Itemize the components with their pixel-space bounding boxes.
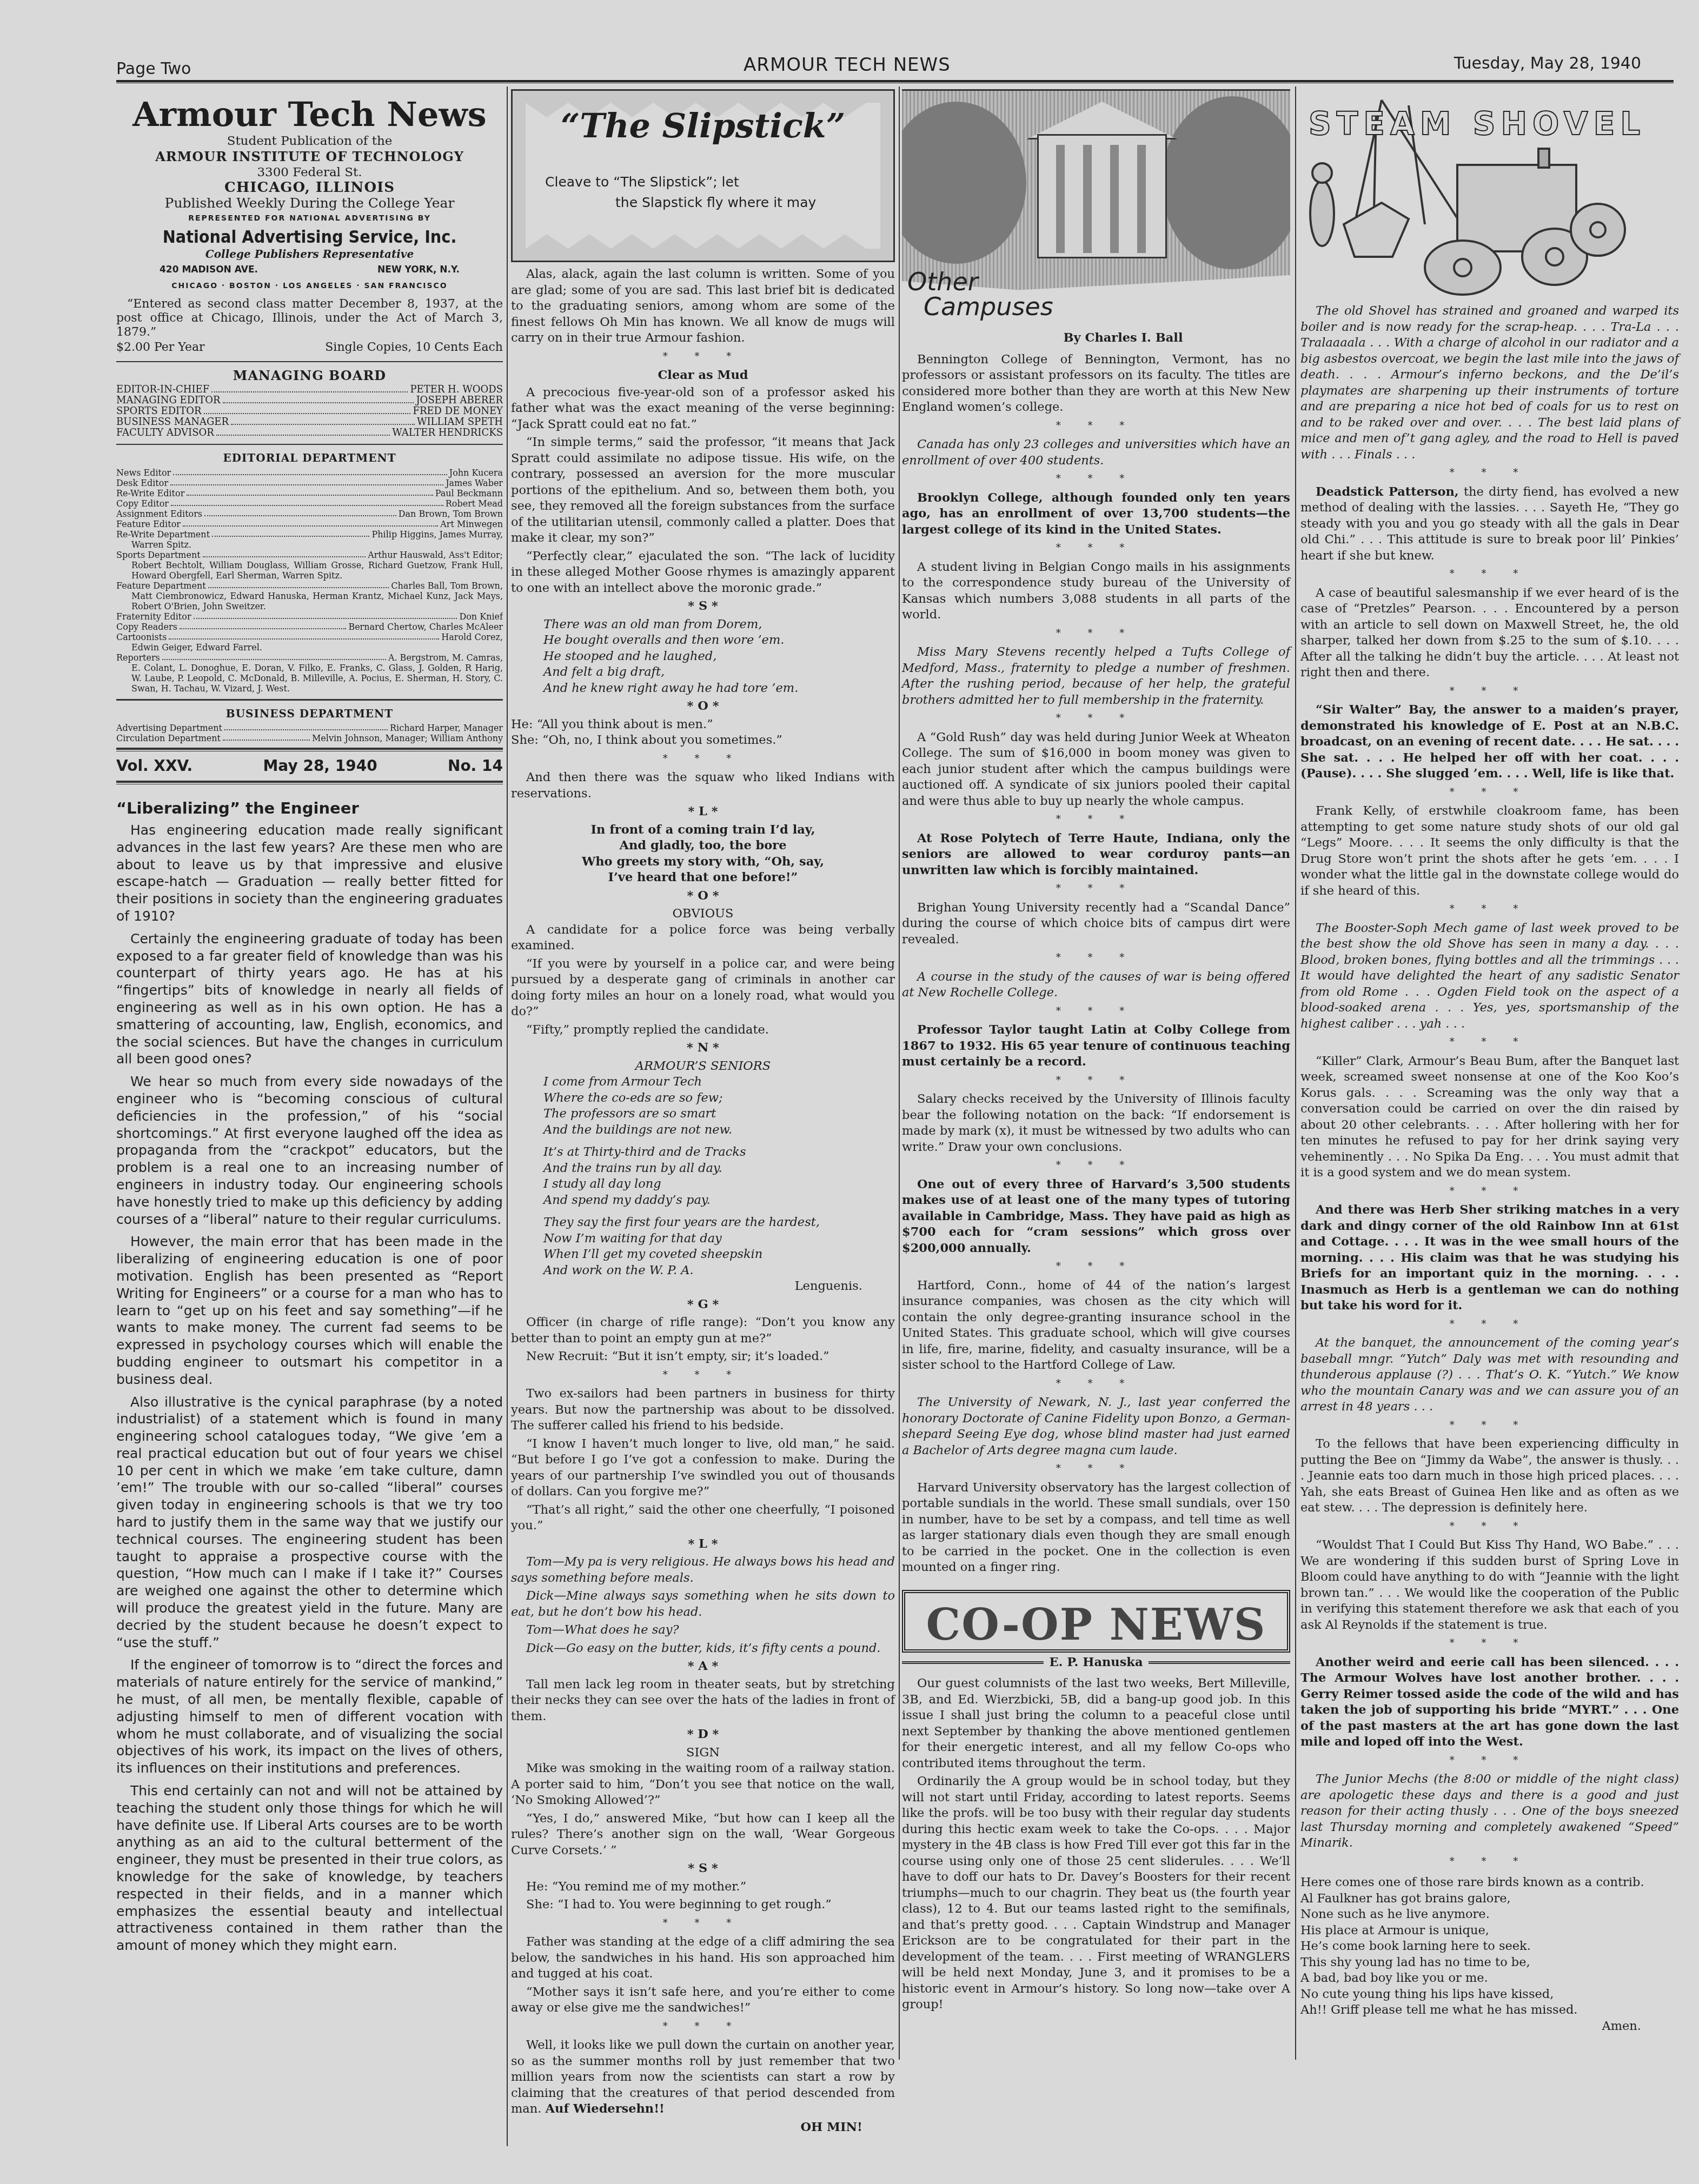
staff-role: Copy Editor bbox=[116, 498, 169, 509]
poem-line: I come from Armour Tech bbox=[543, 1074, 895, 1090]
tree-icon bbox=[902, 102, 1026, 264]
editorial-title: “Liberalizing” the Engineer bbox=[116, 801, 503, 817]
staff-row: ReportersA. Bergstrom, M. Camras, bbox=[116, 652, 503, 663]
staff-row: News EditorJohn Kucera bbox=[116, 468, 503, 478]
separator-stars: * * * bbox=[902, 1073, 1290, 1089]
news-item: At the banquet, the announcement of the … bbox=[1300, 1335, 1679, 1415]
campus-building-illustration: Other Campuses bbox=[902, 89, 1290, 327]
ad-cities: CHICAGO · BOSTON · LOS ANGELES · SAN FRA… bbox=[116, 278, 503, 295]
separator-stars: * * * bbox=[1300, 683, 1679, 700]
staff-row: BUSINESS MANAGERWILLIAM SPETH bbox=[116, 417, 503, 428]
header-rule bbox=[116, 80, 1674, 83]
editorial-paragraph: Also illustrative is the cynical paraphr… bbox=[116, 1394, 503, 1652]
paragraph: “Fifty,” promptly replied the candidate. bbox=[511, 1022, 895, 1038]
faulkner-poem: Al Faulkner has got brains galore,None s… bbox=[1300, 1891, 1679, 2019]
staff-name: FRED DE MONEY bbox=[413, 406, 503, 417]
dialogue-line: He: “All you think about is men.” bbox=[511, 717, 895, 733]
leader-dots bbox=[223, 733, 310, 741]
staff-role: Reporters bbox=[116, 652, 160, 663]
dialogue-line: He: “You remind me of my mother.” bbox=[511, 1879, 895, 1895]
staff-row: Feature EditorArt Minwegen bbox=[116, 519, 503, 529]
other-campuses-items: Bennington College of Bennington, Vermon… bbox=[902, 352, 1290, 1576]
byline: By Charles I. Ball bbox=[956, 330, 1290, 347]
column-icon bbox=[1083, 145, 1092, 253]
represented-by: REPRESENTED FOR NATIONAL ADVERTISING BY bbox=[116, 211, 503, 227]
staff-role: MANAGING EDITOR bbox=[116, 395, 221, 406]
staff-role: SPORTS EDITOR bbox=[116, 406, 202, 417]
letter-separator: * O * bbox=[511, 888, 895, 904]
section-heading: Clear as Mud bbox=[511, 368, 895, 384]
staff-name: James Waber bbox=[446, 478, 503, 488]
steam-shovel-title: STEAM SHOVEL bbox=[1309, 116, 1645, 132]
staff-name: Paul Beckmann bbox=[435, 488, 503, 498]
leader-dots bbox=[194, 611, 457, 619]
staff-row: SPORTS EDITORFRED DE MONEY bbox=[116, 406, 503, 417]
paragraph: A candidate for a police force was being… bbox=[511, 922, 895, 954]
poem-line: Who greets my story with, “Oh, say, bbox=[511, 854, 895, 870]
letter-separator: * L * bbox=[511, 1536, 895, 1553]
poem-line: He stooped and he laughed, bbox=[543, 649, 895, 665]
poem-line: He’s come book larning here to seek. bbox=[1300, 1939, 1679, 1955]
leader-dots bbox=[169, 632, 439, 640]
paragraph: New Recruit: “But it isn’t empty, sir; i… bbox=[511, 1349, 895, 1365]
poem-line: It’s at Thirty-third and de Tracks bbox=[543, 1144, 895, 1161]
separator-stars: * * * bbox=[1300, 1183, 1679, 1200]
poem-line: No cute young thing his lips have kissed… bbox=[1300, 1987, 1679, 2003]
poem-line: And work on the W. P. A. bbox=[543, 1263, 895, 1279]
letter-separator: * G * bbox=[511, 1297, 895, 1313]
dialogue-line: Dick—Mine always says something when he … bbox=[511, 1588, 895, 1620]
poem-line: And the trains run by all day. bbox=[543, 1161, 895, 1177]
separator-stars: * * * bbox=[1300, 1417, 1679, 1434]
news-item: “Sir Walter” Bay, the answer to a maiden… bbox=[1300, 702, 1679, 782]
news-item: Professor Taylor taught Latin at Colby C… bbox=[902, 1022, 1290, 1070]
ad-service-sub: College Publishers Representative bbox=[116, 247, 503, 263]
staff-name: Bernard Chertow, Charles McAleer bbox=[348, 622, 503, 632]
dialogue-line: She: “Oh, no, I think about you sometime… bbox=[511, 733, 895, 749]
coop-news-title: CO-OP NEWS bbox=[905, 1602, 1287, 1647]
staff-role: Re-Write Department bbox=[116, 529, 210, 540]
column-other-campuses: Other Campuses By Charles I. Ball Bennin… bbox=[902, 89, 1290, 2170]
news-item: A course in the study of the causes of w… bbox=[902, 969, 1290, 1001]
staff-continuation: Warren Spitz. bbox=[116, 540, 503, 550]
paragraph: “In simple terms,” said the professor, “… bbox=[511, 435, 895, 547]
news-item: Brooklyn College, although founded only … bbox=[902, 490, 1290, 538]
news-item: “Killer” Clark, Armour’s Beau Bum, after… bbox=[1300, 1054, 1679, 1181]
letter-separator: * L * bbox=[511, 804, 895, 820]
staff-role: Cartoonists bbox=[116, 632, 167, 642]
separator-stars: * * * bbox=[1300, 901, 1679, 917]
price-row: $2.00 Per Year Single Copies, 10 Cents E… bbox=[116, 339, 503, 356]
separator-stars: * * * bbox=[1300, 1854, 1679, 1870]
staff-role: EDITOR-IN-CHIEF bbox=[116, 384, 209, 395]
staff-name: JOSEPH ABERER bbox=[416, 395, 503, 406]
staff-row: Re-Write EditorPaul Beckmann bbox=[116, 488, 503, 498]
item-lead: Deadstick Patterson, bbox=[1316, 485, 1459, 499]
steam-shovel-illustration: STEAM SHOVEL bbox=[1300, 89, 1679, 300]
separator-stars: * * * bbox=[902, 881, 1290, 897]
divider bbox=[116, 444, 503, 445]
separator-stars: * * * bbox=[902, 1003, 1290, 1020]
poem-line: And the buildings are not new. bbox=[543, 1122, 895, 1138]
poem-line: None such as he live anymore. bbox=[1300, 1907, 1679, 1923]
business-department-title: BUSINESS DEPARTMENT bbox=[116, 706, 503, 722]
staff-role: Desk Editor bbox=[116, 478, 168, 488]
separator-stars: * * * bbox=[1300, 784, 1679, 801]
staff-name: Dan Brown, Tom Brown bbox=[399, 509, 503, 519]
news-item: The Booster-Soph Mech game of last week … bbox=[1300, 921, 1679, 1033]
staff-name: WILLIAM SPETH bbox=[417, 417, 503, 428]
rule bbox=[1149, 1661, 1290, 1664]
ad-address: 420 MADISON AVE. NEW YORK, N.Y. bbox=[116, 262, 503, 278]
issue-number: No. 14 bbox=[448, 758, 503, 774]
poem-line: When I’ll get my coveted sheepskin bbox=[543, 1247, 895, 1263]
slipstick-banner: “The Slipstick” Cleave to “The Slipstick… bbox=[511, 89, 895, 262]
news-item: The Junior Mechs (the 8:00 or middle of … bbox=[1300, 1772, 1679, 1852]
masthead-subtitle: Student Publication of the bbox=[116, 134, 503, 149]
separator-stars: * * * bbox=[902, 471, 1290, 487]
editorial-paragraph: However, the main error that has been ma… bbox=[116, 1233, 503, 1388]
address: 3300 Federal St. bbox=[116, 165, 503, 180]
poem-intro: Here comes one of those rare birds known… bbox=[1300, 1875, 1679, 1891]
section-heading: SIGN bbox=[511, 1745, 895, 1761]
leader-dots bbox=[208, 581, 389, 588]
column-icon bbox=[1137, 145, 1146, 253]
separator-stars: * * * bbox=[1300, 1519, 1679, 1535]
column-masthead-editorial: Armour Tech News Student Publication of … bbox=[116, 89, 503, 2170]
paragraph: “Yes, I do,” answered Mike, “but how can… bbox=[511, 1811, 895, 1859]
letter-separator: * N * bbox=[511, 1040, 895, 1056]
dialogue-line: Dick—Go easy on the butter, kids, it’s f… bbox=[511, 1641, 895, 1657]
leader-dots bbox=[216, 428, 390, 436]
editorial-department-list: News EditorJohn KuceraDesk EditorJames W… bbox=[116, 468, 503, 694]
slipstick-intro: Alas, alack, again the last column is wr… bbox=[511, 267, 895, 347]
poem-line: The professors are so smart bbox=[543, 1106, 895, 1122]
rule bbox=[902, 1661, 1044, 1664]
separator-stars: * * * bbox=[1300, 1316, 1679, 1333]
other-campuses-title: Other Campuses bbox=[907, 269, 1053, 319]
coop-byline: E. P. Hanuska bbox=[902, 1655, 1290, 1671]
poem-line: This shy young lad has no time to be, bbox=[1300, 1955, 1679, 1971]
poem-line: Now I’m waiting for that day bbox=[543, 1231, 895, 1247]
separator-stars: * * * bbox=[511, 751, 895, 767]
poem-signoff: Amen. bbox=[1300, 2019, 1679, 2035]
staff-name: Don Knief bbox=[459, 611, 503, 622]
frequency: Published Weekly During the College Year bbox=[116, 196, 503, 211]
news-item: Bennington College of Bennington, Vermon… bbox=[902, 352, 1290, 416]
news-item: The old Shovel has strained and groaned … bbox=[1300, 303, 1679, 463]
staff-name: John Kucera bbox=[449, 468, 503, 478]
news-item: And there was Herb Sher striking matches… bbox=[1300, 1202, 1679, 1314]
managing-board-list: EDITOR-IN-CHIEFPETER H. WOODSMANAGING ED… bbox=[116, 384, 503, 438]
separator-stars: * * * bbox=[1300, 1753, 1679, 1769]
dorem-poem: There was an old man from Dorem,He bough… bbox=[511, 617, 895, 697]
news-item: At Rose Polytech of Terre Haute, Indiana… bbox=[902, 831, 1290, 879]
editorial-department-title: EDITORIAL DEPARTMENT bbox=[116, 450, 503, 467]
postal-notice: “Entered as second class matter December… bbox=[116, 297, 503, 339]
city: CHICAGO, ILLINOIS bbox=[116, 180, 503, 196]
news-item: Another weird and eerie call has been si… bbox=[1300, 1655, 1679, 1750]
leader-dots bbox=[212, 529, 369, 537]
news-item: A student living in Belgian Congo mails … bbox=[902, 560, 1290, 623]
news-item: One out of every three of Harvard’s 3,50… bbox=[902, 1177, 1290, 1257]
newspaper-page: Page Two ARMOUR TECH NEWS Tuesday, May 2… bbox=[0, 0, 1699, 2184]
paragraph: Officer (in charge of rifle range): “Don… bbox=[511, 1315, 895, 1347]
news-item: The University of Newark, N. J., last ye… bbox=[902, 1395, 1290, 1459]
poem-line: And spend my daddy’s pay. bbox=[543, 1193, 895, 1209]
paragraph: “If you were by yourself in a police car… bbox=[511, 956, 895, 1020]
staff-role: Fraternity Editor bbox=[116, 611, 191, 622]
poem-line: In front of a coming train I’d lay, bbox=[511, 822, 895, 838]
staff-name: Art Minwegen bbox=[440, 519, 503, 529]
institute-name: ARMOUR INSTITUTE OF TECHNOLOGY bbox=[116, 149, 503, 165]
staff-name: Philip Higgins, James Murray, bbox=[371, 529, 503, 540]
paragraph: A precocious five-year-old son of a prof… bbox=[511, 385, 895, 433]
poem-line bbox=[543, 1138, 895, 1144]
poem-line bbox=[543, 1208, 895, 1215]
editorial-paragraph: This end certainly can not and will not … bbox=[116, 1782, 503, 1954]
news-item: Miss Mary Stevens recently helped a Tuft… bbox=[902, 644, 1290, 708]
running-header: Page Two ARMOUR TECH NEWS Tuesday, May 2… bbox=[116, 53, 1674, 80]
staff-row: Circulation DepartmentMelvin Johnson, Ma… bbox=[116, 733, 503, 743]
paragraph: Two ex-sailors had been partners in busi… bbox=[511, 1386, 895, 1434]
separator-stars: * * * bbox=[902, 1157, 1290, 1174]
staff-row: FACULTY ADVISORWALTER HENDRICKS bbox=[116, 428, 503, 438]
staff-name: Charles Ball, Tom Brown, bbox=[391, 581, 503, 591]
staff-role: Sports Department bbox=[116, 550, 201, 560]
news-item: Frank Kelly, of erstwhile cloakroom fame… bbox=[1300, 803, 1679, 899]
volume-row: Vol. XXV. May 28, 1940 No. 14 bbox=[116, 756, 503, 776]
coop-news-banner: CO-OP NEWS bbox=[902, 1590, 1290, 1653]
separator-stars: * * * bbox=[1300, 566, 1679, 582]
staff-row: Desk EditorJames Waber bbox=[116, 478, 503, 488]
leader-dots bbox=[171, 498, 443, 506]
tree-icon bbox=[1162, 96, 1290, 269]
business-department-list: Advertising DepartmentRichard Harper, Ma… bbox=[116, 723, 503, 743]
section-heading: OBVIOUS bbox=[511, 906, 895, 922]
separator-stars: * * * bbox=[1300, 1635, 1679, 1652]
news-item: To the fellows that have been experienci… bbox=[1300, 1436, 1679, 1516]
staff-role: Assignment Editors bbox=[116, 509, 202, 519]
editorial-paragraph: We hear so much from every side nowadays… bbox=[116, 1073, 503, 1228]
column-slipstick: “The Slipstick” Cleave to “The Slipstick… bbox=[511, 89, 895, 2170]
separator-stars: * * * bbox=[902, 418, 1290, 434]
coop-paragraph: Ordinarily the A group would be in schoo… bbox=[902, 1774, 1290, 2013]
poem-line: And gladly, too, the bore bbox=[511, 838, 895, 854]
editorial-paragraph: Certainly the engineering graduate of to… bbox=[116, 930, 503, 1068]
steam-shovel-items: The old Shovel has strained and groaned … bbox=[1300, 303, 1679, 1852]
volume-date: May 28, 1940 bbox=[263, 758, 377, 774]
separator-stars: * * * bbox=[902, 540, 1290, 556]
coop-paragraph: Our guest columnists of the last two wee… bbox=[902, 1676, 1290, 1772]
staff-name: WALTER HENDRICKS bbox=[392, 428, 503, 438]
poem-line: I’ve heard that one before!” bbox=[511, 870, 895, 886]
divider bbox=[116, 748, 503, 751]
separator-stars: * * * bbox=[902, 950, 1290, 966]
separator-stars: * * * bbox=[902, 710, 1290, 727]
news-item: Canada has only 23 colleges and universi… bbox=[902, 437, 1290, 469]
editorial-paragraph: Has engineering education made really si… bbox=[116, 822, 503, 925]
byline-name: E. P. Hanuska bbox=[1049, 1655, 1143, 1671]
separator-stars: * * * bbox=[511, 2019, 895, 2035]
news-item: Harvard University observatory has the l… bbox=[902, 1480, 1290, 1576]
page-label: Page Two bbox=[116, 59, 191, 78]
paragraph: Father was standing at the edge of a cli… bbox=[511, 1934, 895, 1982]
staff-name: Robert Mead bbox=[446, 498, 503, 509]
staff-continuation: Matt Ciembronowicz, Edward Hanuska, Herm… bbox=[116, 591, 503, 611]
leader-dots bbox=[231, 417, 415, 425]
leader-dots bbox=[203, 550, 366, 557]
poem-line: His place at Armour is unique, bbox=[1300, 1923, 1679, 1939]
staff-name: Richard Harper, Manager bbox=[390, 723, 503, 733]
train-poem: In front of a coming train I’d lay,And g… bbox=[511, 822, 895, 886]
staff-role: Feature Department bbox=[116, 581, 206, 591]
staff-row: MANAGING EDITORJOSEPH ABERER bbox=[116, 395, 503, 406]
staff-role: Feature Editor bbox=[116, 519, 181, 529]
staff-role: Advertising Department bbox=[116, 723, 222, 733]
news-item: Salary checks received by the University… bbox=[902, 1091, 1290, 1155]
leader-dots bbox=[211, 384, 408, 392]
issue-date: Tuesday, May 28, 1940 bbox=[1454, 54, 1641, 73]
leader-dots bbox=[180, 622, 347, 629]
paragraph: “Perfectly clear,” ejaculated the son. “… bbox=[511, 549, 895, 597]
leader-dots bbox=[162, 652, 386, 660]
letter-separator: * D * bbox=[511, 1727, 895, 1743]
ad-service: National Advertising Service, Inc. bbox=[116, 227, 503, 247]
poem-line: Where the co-eds are so few; bbox=[543, 1090, 895, 1107]
poem-line: And felt a big draft, bbox=[543, 664, 895, 681]
column-icon bbox=[1056, 145, 1065, 253]
staff-name: PETER H. WOODS bbox=[410, 384, 503, 395]
separator-stars: * * * bbox=[902, 811, 1290, 828]
news-item: Hartford, Conn., home of 44 of the natio… bbox=[902, 1278, 1290, 1374]
separator-stars: * * * bbox=[902, 1461, 1290, 1477]
paragraph: Tall men lack leg room in theater seats,… bbox=[511, 1677, 895, 1725]
staff-role: FACULTY ADVISOR bbox=[116, 428, 214, 438]
separator-stars: * * * bbox=[1300, 1034, 1679, 1050]
staff-row: Re-Write DepartmentPhilip Higgins, James… bbox=[116, 529, 503, 540]
paper-name: ARMOUR TECH NEWS bbox=[744, 54, 951, 76]
letter-separator: * S * bbox=[511, 598, 895, 615]
staff-name: Melvin Johnson, Manager; William Anthony bbox=[312, 733, 503, 743]
staff-row: EDITOR-IN-CHIEFPETER H. WOODS bbox=[116, 384, 503, 395]
leader-dots bbox=[183, 519, 438, 527]
poem-line: Ah!! Griff please tell me what he has mi… bbox=[1300, 2002, 1679, 2019]
staff-row: Assignment EditorsDan Brown, Tom Brown bbox=[116, 509, 503, 519]
column-divider bbox=[1295, 86, 1296, 2060]
volume: Vol. XXV. bbox=[116, 758, 193, 774]
poem-line: Al Faulkner has got brains galore, bbox=[1300, 1891, 1679, 1907]
staff-row: Copy EditorRobert Mead bbox=[116, 498, 503, 509]
news-item: Deadstick Patterson, the dirty fiend, ha… bbox=[1300, 484, 1679, 564]
dialogue-line: Tom—What does he say? bbox=[511, 1622, 895, 1639]
leader-dots bbox=[204, 406, 411, 414]
dialogue-line: She: “I had to. You were beginning to ge… bbox=[511, 1897, 895, 1913]
paragraph: Mike was smoking in the waiting room of … bbox=[511, 1761, 895, 1809]
nameplate: Armour Tech News bbox=[116, 96, 503, 134]
section-heading: ARMOUR’S SENIORS bbox=[511, 1058, 895, 1075]
poem-line: He bought overalls and then wore ’em. bbox=[543, 632, 895, 649]
staff-name: A. Bergstrom, M. Camras, bbox=[388, 652, 503, 663]
poem-line: And he knew right away he had tore ’em. bbox=[543, 681, 895, 697]
staff-role: BUSINESS MANAGER bbox=[116, 417, 229, 428]
editorial-paragraph: If the engineer of tomorrow is to “direc… bbox=[116, 1656, 503, 1777]
poem-line: There was an old man from Dorem, bbox=[543, 617, 895, 633]
separator-stars: * * * bbox=[1300, 465, 1679, 481]
column-icon bbox=[1110, 145, 1119, 253]
paragraph: And then there was the squaw who liked I… bbox=[511, 770, 895, 802]
divider bbox=[116, 781, 503, 784]
separator-stars: * * * bbox=[511, 1367, 895, 1383]
column-divider bbox=[507, 86, 508, 2146]
leader-dots bbox=[187, 488, 433, 496]
leader-dots bbox=[173, 468, 447, 475]
leader-dots bbox=[223, 395, 414, 403]
news-item: A case of beautiful salesmanship if we e… bbox=[1300, 585, 1679, 681]
letter-separator: * A * bbox=[511, 1659, 895, 1675]
letter-separator: * S * bbox=[511, 1861, 895, 1877]
staff-continuation: Edwin Geiger, Edward Farrel. bbox=[116, 642, 503, 652]
staff-role: Circulation Department bbox=[116, 733, 221, 743]
signature: OH MIN! bbox=[511, 2120, 895, 2136]
slipstick-tagline: Cleave to “The Slipstick”; let the Slaps… bbox=[545, 172, 877, 213]
staff-continuation: E. Colant, L. Donoghue, E. Doran, V. Fil… bbox=[116, 663, 503, 694]
staff-row: Advertising DepartmentRichard Harper, Ma… bbox=[116, 723, 503, 733]
paragraph: “Mother says it isn’t safe here, and you… bbox=[511, 1985, 895, 2016]
poem-line: A bad, bad boy like you or me. bbox=[1300, 1970, 1679, 1987]
separator-stars: * * * bbox=[511, 349, 895, 365]
news-item: Brighan Young University recently had a … bbox=[902, 900, 1290, 948]
staff-role: Re-Write Editor bbox=[116, 488, 184, 498]
separator-stars: * * * bbox=[902, 625, 1290, 642]
staff-row: Sports DepartmentArthur Hauswald, Ass't … bbox=[116, 550, 503, 560]
divider bbox=[116, 361, 503, 362]
leader-dots bbox=[224, 723, 388, 730]
separator-stars: * * * bbox=[902, 1259, 1290, 1275]
staff-row: CartoonistsHarold Corez, bbox=[116, 632, 503, 642]
leader-dots bbox=[170, 478, 443, 485]
closing-paragraph: Well, it looks like we pull down the cur… bbox=[511, 2037, 895, 2118]
staff-continuation: Robert Bechtolt, William Douglass, Willi… bbox=[116, 560, 503, 581]
separator-stars: * * * bbox=[902, 1376, 1290, 1392]
paragraph: “I know I haven’t much longer to live, o… bbox=[511, 1436, 895, 1500]
staff-role: Copy Readers bbox=[116, 622, 177, 632]
news-item: A “Gold Rush” day was held during Junior… bbox=[902, 730, 1290, 810]
column-divider bbox=[899, 86, 900, 2060]
divider bbox=[116, 699, 503, 701]
staff-role: News Editor bbox=[116, 468, 171, 478]
dialogue-line: Tom—My pa is very religious. He always b… bbox=[511, 1554, 895, 1586]
poem-line: I study all day long bbox=[543, 1176, 895, 1193]
letter-separator: * O * bbox=[511, 698, 895, 715]
staff-name: Arthur Hauswald, Ass't Editor; bbox=[368, 550, 503, 560]
separator-stars: * * * bbox=[511, 1915, 895, 1932]
paragraph: “That’s all right,” said the other one c… bbox=[511, 1502, 895, 1534]
managing-board-title: MANAGING BOARD bbox=[116, 368, 503, 384]
editorial-body: Has engineering education made really si… bbox=[116, 822, 503, 1954]
news-item: “Wouldst That I Could But Kiss Thy Hand,… bbox=[1300, 1537, 1679, 1633]
column-steam-shovel: STEAM SHOVEL The old Shovel has strained… bbox=[1300, 89, 1679, 2170]
staff-row: Copy ReadersBernard Chertow, Charles McA… bbox=[116, 622, 503, 632]
poem-line: They say the first four years are the ha… bbox=[543, 1215, 895, 1231]
staff-row: Fraternity EditorDon Knief bbox=[116, 611, 503, 622]
leader-dots bbox=[204, 509, 396, 516]
staff-row: Feature DepartmentCharles Ball, Tom Brow… bbox=[116, 581, 503, 591]
staff-name: Harold Corez, bbox=[441, 632, 503, 642]
seniors-poem: I come from Armour TechWhere the co-eds … bbox=[511, 1074, 895, 1279]
slipstick-title: “The Slipstick” bbox=[513, 118, 893, 134]
poem-author: Lenguenis. bbox=[511, 1279, 895, 1295]
